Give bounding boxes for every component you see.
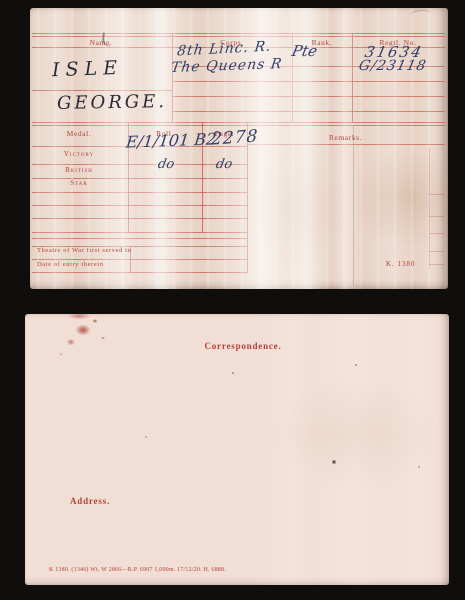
rule-line <box>172 111 445 112</box>
scan-background: Name. Corps. Rank. Regtl. No. Medal. Rol… <box>0 0 465 600</box>
rule-line <box>32 122 446 123</box>
rule-line <box>429 264 444 265</box>
roll-victory-handwriting: E/1/101 B2 <box>125 131 217 150</box>
dirt-specks <box>25 314 27 316</box>
rule-line <box>172 81 445 82</box>
rule-line <box>32 33 446 34</box>
rule-line <box>32 272 247 273</box>
medal-column-header: Medal. <box>30 129 128 138</box>
rank-handwriting: Pte <box>290 44 318 59</box>
printers-code-line: K 1380. (1346) Wt. W 2866—R.P. 6907 1,00… <box>49 567 226 573</box>
medal-row-label-victory: Victory <box>30 150 128 158</box>
rule-line <box>247 144 445 145</box>
rule-line <box>32 192 247 193</box>
rule-line <box>32 205 247 206</box>
rule-line <box>32 238 247 239</box>
date-of-entry-label: Date of entry therein <box>37 261 104 268</box>
column-divider <box>429 148 430 268</box>
regtl-no-line2-handwriting: G/23118 <box>358 59 428 73</box>
surname-handwriting: ISLE <box>52 59 124 80</box>
page-british-handwriting: do <box>215 158 233 171</box>
remarks-column-header: Remarks. <box>247 133 444 142</box>
medal-row-label-british: British <box>30 166 128 174</box>
rule-line <box>32 259 247 260</box>
fold-crease <box>353 126 354 286</box>
rule-line <box>429 233 444 234</box>
rule-line <box>172 96 445 97</box>
forename-handwriting: GEORGE. <box>57 93 167 113</box>
corps-line1-handwriting: 8th Linc. R. <box>176 39 272 58</box>
correspondence-label: Correspondence. <box>37 341 449 351</box>
pencil-scribble-mark <box>410 9 431 20</box>
rule-line <box>429 251 444 252</box>
roll-british-handwriting: do <box>157 158 175 171</box>
page-victory-handwriting: 2278 <box>210 128 258 148</box>
address-label: Address. <box>70 496 110 506</box>
theatre-of-war-label: Theatre of War first served in <box>37 247 131 254</box>
rule-line <box>32 232 247 233</box>
rule-line <box>429 194 444 195</box>
form-code: K. 1380 <box>386 260 416 268</box>
rule-line <box>32 218 247 219</box>
medal-index-card-back: Correspondence. Address. K 1380. (1346) … <box>25 314 449 585</box>
medal-index-card-front: Name. Corps. Rank. Regtl. No. Medal. Rol… <box>30 8 448 289</box>
name-column-header: Name. <box>30 38 172 47</box>
corps-line2-handwriting: The Queens R <box>170 57 283 75</box>
rule-line <box>429 216 444 217</box>
rule-line <box>32 125 446 126</box>
rule-line <box>32 36 446 37</box>
medal-row-label-star: Star <box>30 179 128 187</box>
rule-line <box>32 164 247 165</box>
